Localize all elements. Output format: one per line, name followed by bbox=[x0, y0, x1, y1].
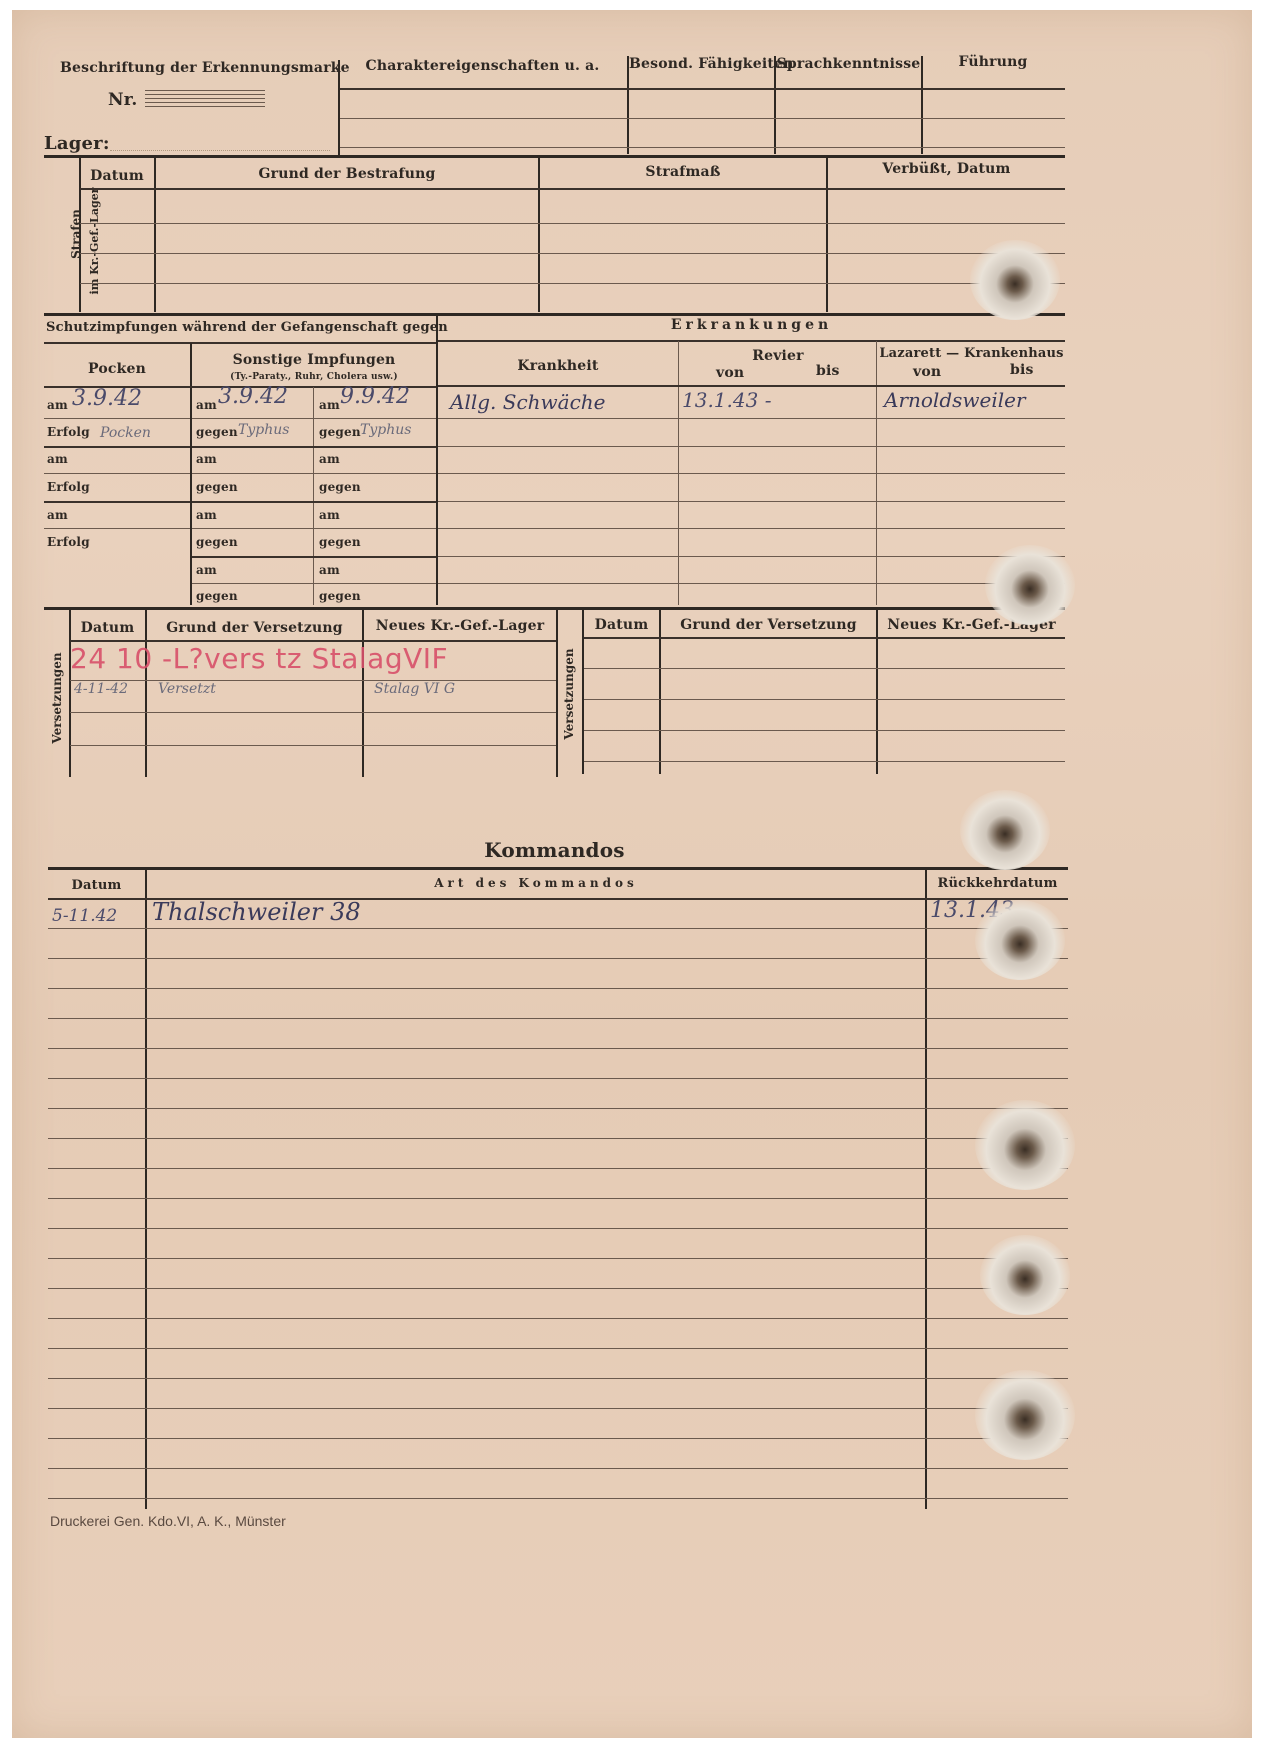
rule bbox=[44, 528, 190, 529]
sonstige2-gegen-2: gegen bbox=[319, 480, 361, 494]
nr-label: Nr. bbox=[108, 90, 137, 110]
rule bbox=[48, 1078, 1068, 1079]
sonstige2-gegen-3: gegen bbox=[319, 535, 361, 549]
vers-left-col-grund: Grund der Versetzung bbox=[147, 620, 362, 636]
rule bbox=[44, 607, 1065, 610]
sonstige2-gegen-value: Typhus bbox=[360, 422, 411, 438]
rule bbox=[48, 1288, 1068, 1289]
revier-von: von bbox=[716, 365, 744, 381]
rule bbox=[192, 473, 436, 474]
strafen-col-verbuesst: Verbüßt, Datum bbox=[828, 161, 1065, 177]
sonstige1-am-2: am bbox=[196, 452, 217, 466]
rule bbox=[48, 1438, 1068, 1439]
revier-von-value: 13.1.43 - bbox=[682, 388, 771, 412]
rule bbox=[438, 528, 1065, 529]
rule bbox=[584, 637, 1065, 639]
divider bbox=[826, 157, 828, 312]
sonstige1-date-1: 3.9.42 bbox=[218, 384, 288, 409]
pocken-label: Pocken bbox=[44, 361, 190, 377]
rule bbox=[44, 313, 1065, 316]
divider bbox=[921, 56, 923, 154]
rule bbox=[48, 1108, 1068, 1109]
rule bbox=[44, 501, 190, 503]
rule bbox=[584, 730, 1065, 731]
divider bbox=[338, 60, 340, 155]
kommando-datum-value: 5-11.42 bbox=[52, 906, 117, 926]
punch-hole bbox=[975, 1100, 1075, 1190]
vers-datum-value: 4-11-42 bbox=[74, 681, 128, 697]
rule bbox=[438, 340, 1065, 342]
rule bbox=[48, 1018, 1068, 1019]
kommandos-title: Kommandos bbox=[44, 838, 1065, 862]
rule bbox=[584, 699, 1065, 700]
vers-lager-value: Stalag VI G bbox=[374, 681, 455, 697]
strafen-col-strafmass: Strafmaß bbox=[540, 164, 826, 180]
red-stamp: 24 10 -L?vers tz StalagVIF bbox=[70, 642, 448, 675]
col-charakter: Charaktereigenschaften u. a. bbox=[340, 58, 625, 74]
rule bbox=[438, 385, 1065, 387]
strafen-side-label-2: im Kr.-Gef.-Lager bbox=[88, 161, 104, 321]
krankheit-value: Allg. Schwäche bbox=[450, 390, 606, 414]
impfungen-title: Schutzimpfungen während der Gefangenscha… bbox=[46, 320, 448, 335]
sonstige2-am-1: am bbox=[319, 398, 340, 412]
sonstige1-gegen-value: Typhus bbox=[238, 422, 289, 438]
rule bbox=[438, 473, 1065, 474]
rule bbox=[48, 1168, 1068, 1169]
rule bbox=[192, 528, 436, 529]
rule bbox=[192, 446, 436, 448]
punch-hole bbox=[980, 1235, 1070, 1315]
pocken-erfolg-value: Pocken bbox=[100, 425, 151, 441]
divider bbox=[582, 609, 584, 774]
kommando-art-value: Thalschweiler 38 bbox=[152, 898, 361, 926]
rule bbox=[48, 928, 1068, 929]
punch-hole bbox=[975, 1370, 1075, 1460]
sonstige2-am-4: am bbox=[319, 563, 340, 577]
vers-right-col-datum: Datum bbox=[584, 617, 659, 633]
form-sheet bbox=[12, 10, 1252, 1738]
lazarett-von: von bbox=[913, 364, 941, 380]
rule bbox=[48, 1138, 1068, 1139]
kommandos-col-datum: Datum bbox=[48, 878, 145, 893]
sonstige1-gegen-4: gegen bbox=[196, 589, 238, 603]
sonstige1-am-3: am bbox=[196, 508, 217, 522]
rule bbox=[48, 1498, 1068, 1499]
vers-grund-value: Versetzt bbox=[158, 681, 216, 697]
pocken-am-2: am bbox=[47, 452, 68, 466]
versetzungen-side-label-left: Versetzungen bbox=[50, 638, 66, 758]
kommandos-col-rueckkehr: Rückkehrdatum bbox=[927, 876, 1068, 891]
vers-left-col-lager: Neues Kr.-Gef.-Lager bbox=[364, 618, 556, 634]
divider bbox=[925, 869, 927, 1509]
rule bbox=[340, 118, 1065, 119]
rule bbox=[44, 473, 190, 474]
divider bbox=[362, 609, 364, 777]
divider bbox=[313, 387, 314, 605]
rule bbox=[80, 283, 1065, 284]
rule bbox=[48, 1468, 1068, 1469]
divider bbox=[190, 343, 192, 605]
pocken-erfolg-3: Erfolg bbox=[47, 535, 90, 549]
rule bbox=[44, 155, 1065, 158]
erkennungsmarke-label: Beschriftung der Erkennungsmarke bbox=[60, 60, 350, 76]
pocken-erfolg-2: Erfolg bbox=[47, 480, 90, 494]
lager-label: Lager: bbox=[44, 133, 110, 154]
divider bbox=[876, 609, 878, 774]
rule bbox=[80, 188, 1065, 190]
sonstige2-gegen-1: gegen bbox=[319, 425, 361, 439]
sonstige1-am-4: am bbox=[196, 563, 217, 577]
col-faehigkeiten: Besond. Fähigkeiten bbox=[629, 56, 774, 72]
sonstige-sublabel: (Ty.-Paraty., Ruhr, Cholera usw.) bbox=[192, 372, 436, 382]
krankheit-label: Krankheit bbox=[438, 358, 678, 374]
sonstige2-am-3: am bbox=[319, 508, 340, 522]
rule bbox=[44, 418, 190, 419]
rule bbox=[192, 501, 436, 503]
rule bbox=[70, 745, 556, 746]
nr-field-lines bbox=[145, 90, 265, 110]
rule bbox=[192, 583, 436, 584]
rule bbox=[48, 958, 1068, 959]
rule bbox=[584, 761, 1065, 762]
lazarett-bis: bis bbox=[1010, 362, 1034, 378]
strafen-col-datum: Datum bbox=[80, 168, 154, 184]
lazarett-label: Lazarett — Krankenhaus bbox=[878, 346, 1065, 361]
rule bbox=[438, 556, 1065, 557]
rule bbox=[48, 1408, 1068, 1409]
lager-field[interactable] bbox=[110, 150, 330, 151]
rule bbox=[48, 867, 1068, 870]
pocken-erfolg-1: Erfolg bbox=[47, 425, 90, 439]
rule bbox=[80, 223, 1065, 224]
rule bbox=[340, 88, 1065, 90]
rule bbox=[48, 1258, 1068, 1259]
rule bbox=[48, 1378, 1068, 1379]
vers-left-col-datum: Datum bbox=[70, 620, 145, 636]
rule bbox=[48, 1048, 1068, 1049]
divider bbox=[538, 157, 540, 312]
sonstige1-gegen-1: gegen bbox=[196, 425, 238, 439]
revier-label: Revier bbox=[680, 348, 876, 364]
erkrankungen-title: Erkrankungen bbox=[438, 317, 1065, 333]
lazarett-value: Arnoldsweiler bbox=[884, 388, 1026, 412]
rule bbox=[192, 556, 436, 558]
divider bbox=[145, 869, 147, 1509]
sonstige1-am-1: am bbox=[196, 398, 217, 412]
strafen-col-grund: Grund der Bestrafung bbox=[156, 166, 538, 182]
kommandos-col-art: Art des Kommandos bbox=[147, 876, 925, 890]
rule bbox=[438, 583, 1065, 584]
pocken-am-3: am bbox=[47, 508, 68, 522]
rule bbox=[48, 1348, 1068, 1349]
sonstige2-date-1: 9.9.42 bbox=[340, 384, 410, 409]
sonstige2-am-2: am bbox=[319, 452, 340, 466]
rule bbox=[70, 680, 556, 681]
rule bbox=[438, 418, 1065, 419]
rule bbox=[438, 446, 1065, 447]
punch-hole bbox=[960, 790, 1050, 870]
printer-imprint: Druckerei Gen. Kdo.VI, A. K., Münster bbox=[50, 1513, 286, 1529]
punch-hole bbox=[985, 545, 1075, 625]
sonstige1-gegen-2: gegen bbox=[196, 480, 238, 494]
revier-bis: bis bbox=[816, 363, 840, 379]
sonstige1-gegen-3: gegen bbox=[196, 535, 238, 549]
rule bbox=[44, 342, 436, 344]
sonstige-label: Sonstige Impfungen bbox=[192, 352, 436, 368]
punch-hole bbox=[970, 240, 1060, 320]
rule bbox=[80, 253, 1065, 254]
col-fuehrung: Führung bbox=[923, 54, 1063, 70]
rule bbox=[70, 712, 556, 713]
rule bbox=[340, 147, 1065, 148]
rule bbox=[48, 1318, 1068, 1319]
punch-hole bbox=[975, 900, 1065, 980]
rule bbox=[48, 1228, 1068, 1229]
divider bbox=[556, 609, 558, 777]
rule bbox=[192, 418, 436, 419]
divider bbox=[659, 609, 661, 774]
vers-right-col-grund: Grund der Versetzung bbox=[661, 617, 876, 633]
rule bbox=[438, 501, 1065, 502]
versetzungen-side-label-right: Versetzungen bbox=[562, 634, 578, 754]
sonstige2-gegen-4: gegen bbox=[319, 589, 361, 603]
rule bbox=[584, 668, 1065, 669]
rule bbox=[48, 1198, 1068, 1199]
rule bbox=[48, 988, 1068, 989]
pocken-am-1: am bbox=[47, 398, 68, 412]
pocken-date-1: 3.9.42 bbox=[72, 386, 142, 411]
rule bbox=[44, 446, 190, 448]
col-sprachkenntnisse: Sprachkenntnisse bbox=[776, 56, 921, 72]
